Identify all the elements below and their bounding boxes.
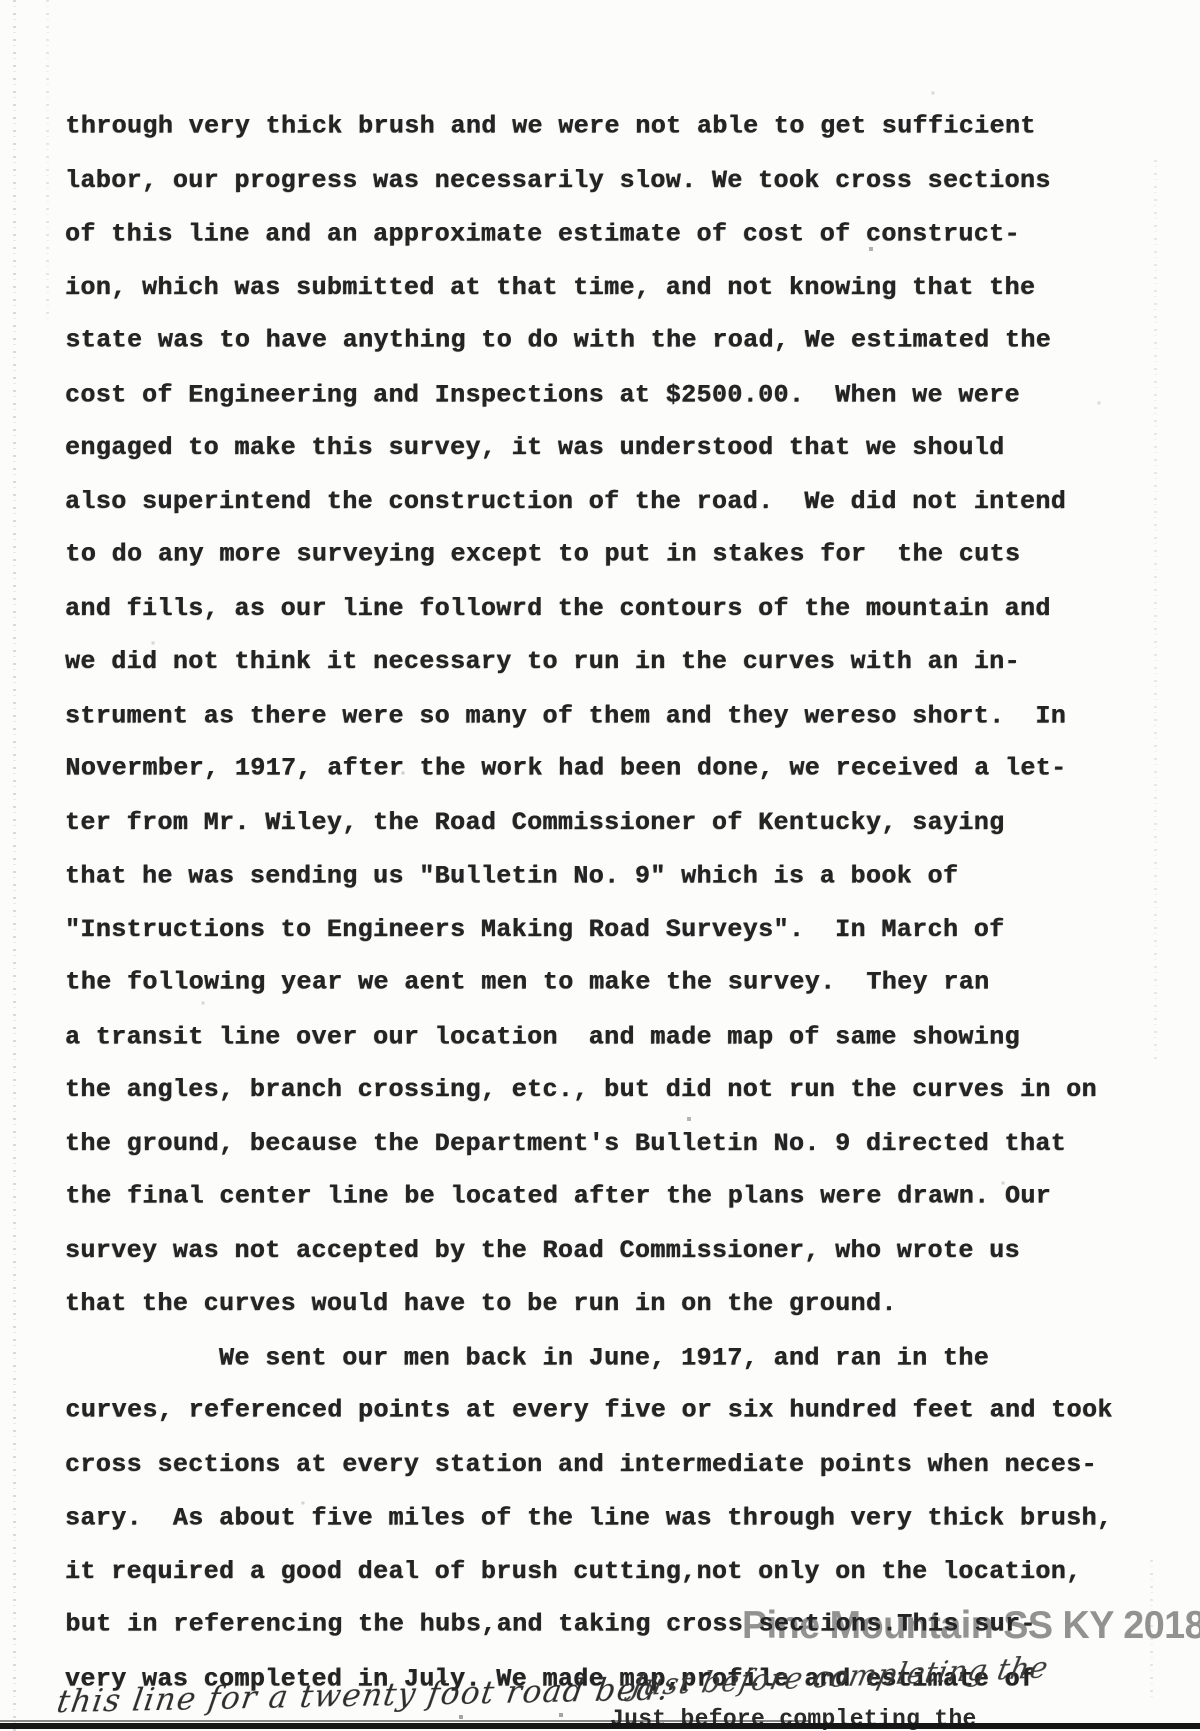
typed-line: the final center line be located after t… [65, 1170, 1185, 1224]
watermark-text: Pine Mountain SS KY 2018 [742, 1603, 1200, 1648]
scan-noise-left-edge [13, 0, 16, 1731]
typed-text-block: through very thick brush and we were not… [65, 100, 1185, 1705]
typed-line: of this line and an approximate estimate… [65, 208, 1185, 262]
typed-line: cost of Engineering and Inspections at $… [65, 368, 1185, 422]
typed-line: that he was sending us "Bulletin No. 9" … [65, 850, 1185, 904]
typed-line: ter from Mr. Wiley, the Road Commissione… [65, 796, 1185, 850]
typed-line: engaged to make this survey, it was unde… [65, 421, 1185, 475]
typed-line: it required a good deal of brush cutting… [65, 1545, 1185, 1599]
typed-line: curves, referenced points at every five … [65, 1384, 1185, 1438]
typed-line: that the curves would have to be run in … [65, 1277, 1185, 1331]
typed-line: labor, our progress was necessarily slow… [65, 154, 1185, 208]
scan-noise-left-inner [46, 0, 49, 320]
scan-speckles [0, 0, 2, 2]
typed-line: the following year we aent men to make t… [65, 956, 1185, 1010]
typed-line: sary. As about five miles of the line wa… [65, 1492, 1185, 1546]
typed-line: the ground, because the Department's Bul… [65, 1117, 1185, 1171]
typed-line: Novermber, 1917, after the work had been… [65, 742, 1185, 796]
typed-line: "Instructions to Engineers Making Road S… [65, 903, 1185, 957]
typed-line: also superintend the construction of the… [65, 475, 1185, 529]
scan-edge-bar [0, 1723, 1200, 1729]
typed-line: a transit line over our location and mad… [65, 1010, 1185, 1064]
typed-line: We sent our men back in June, 1917, and … [65, 1331, 1185, 1385]
typed-line: survey was not accepted by the Road Comm… [65, 1224, 1185, 1278]
typed-line: through very thick brush and we were not… [65, 100, 1185, 154]
typed-line: cross sections at every station and inte… [65, 1438, 1185, 1492]
scanned-document-page: through very thick brush and we were not… [0, 0, 1200, 1731]
typed-line: strument as there were so many of them a… [65, 689, 1185, 743]
typed-line: to do any more surveying except to put i… [65, 528, 1185, 582]
scan-edge-thin-line [0, 1720, 810, 1722]
typed-line: and fills, as our line followrd the cont… [65, 582, 1185, 636]
typed-line: the angles, branch crossing, etc., but d… [65, 1063, 1185, 1117]
typed-line: ion, which was submitted at that time, a… [65, 261, 1185, 315]
typed-line: we did not think it necessary to run in … [65, 635, 1185, 689]
typed-line: state was to have anything to do with th… [65, 314, 1185, 368]
